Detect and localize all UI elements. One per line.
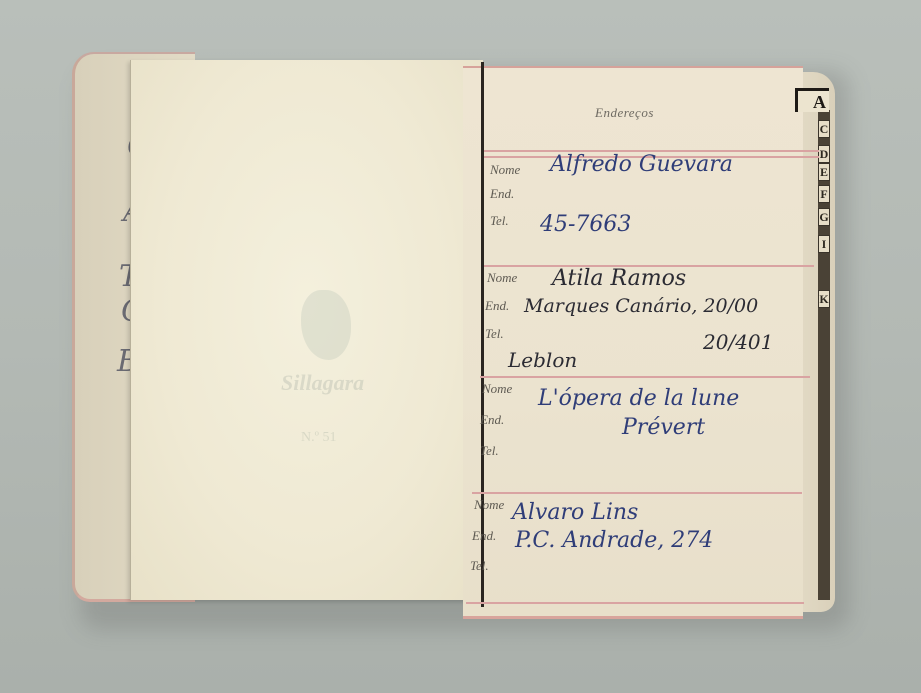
- name-label: Nome: [474, 497, 504, 513]
- name-label: Nome: [490, 162, 520, 178]
- phone-label: Tel.: [490, 213, 509, 229]
- phone-label: Tel.: [470, 558, 489, 574]
- book-spine: [481, 62, 484, 607]
- entry-name: Alfredo Guevara: [550, 152, 733, 177]
- entry-address: Marques Canário, 20/00: [524, 295, 758, 317]
- index-tab-g[interactable]: G: [818, 208, 830, 226]
- watermark-emblem-icon: [301, 290, 351, 360]
- entry-address: P.C. Andrade, 274: [515, 528, 713, 553]
- index-tabs-strip: [818, 110, 830, 600]
- address-label: End.: [480, 412, 504, 428]
- phone-label: Tel.: [485, 326, 504, 342]
- watermark-logo: Sillagara N.º 51: [281, 290, 371, 430]
- index-tab-a[interactable]: A: [795, 88, 829, 112]
- left-blank-page: Sillagara N.º 51: [130, 60, 483, 600]
- index-tab-d[interactable]: D: [818, 145, 830, 163]
- name-label: Nome: [482, 381, 512, 397]
- watermark-brand: Sillagara: [281, 370, 364, 396]
- entry-name: Atila Ramos: [552, 266, 686, 291]
- rule-line: [480, 376, 810, 378]
- entry-name: L'ópera de la lune: [538, 386, 739, 411]
- section-title: Endereços: [595, 105, 654, 121]
- rule-line: [466, 602, 804, 604]
- rule-line: [472, 492, 802, 494]
- address-label: End.: [472, 528, 496, 544]
- index-tab-k[interactable]: K: [818, 290, 830, 308]
- index-tab-c[interactable]: C: [818, 120, 830, 138]
- phone-label: Tel.: [480, 443, 499, 459]
- name-label: Nome: [487, 270, 517, 286]
- address-label: End.: [485, 298, 509, 314]
- entry-note: Leblon: [508, 348, 577, 372]
- entry-phone: 45-7663: [540, 212, 631, 237]
- index-tab-i[interactable]: I: [818, 235, 830, 253]
- entry-address: Prévert: [622, 415, 705, 440]
- index-tab-f[interactable]: F: [818, 185, 830, 203]
- entry-name: Alvaro Lins: [512, 500, 638, 525]
- watermark-number: N.º 51: [301, 430, 336, 446]
- index-tab-e[interactable]: E: [818, 163, 830, 181]
- address-label: End.: [490, 186, 514, 202]
- entry-address-line2: 20/401: [703, 330, 773, 354]
